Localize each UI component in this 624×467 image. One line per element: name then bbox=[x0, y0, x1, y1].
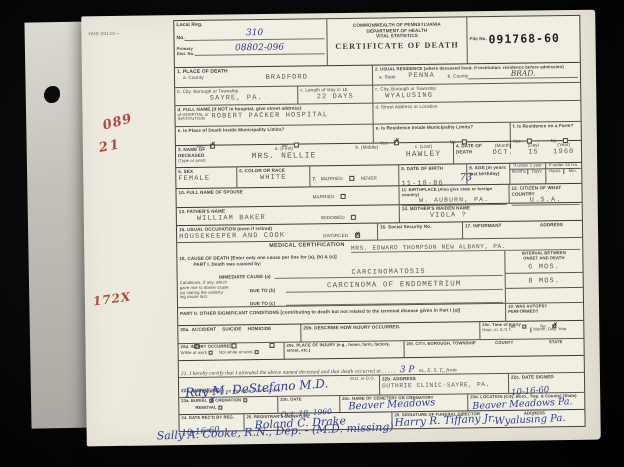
injury-county-label: COUNTY bbox=[478, 341, 530, 356]
sex-cell: 5. SEX FEMALE bbox=[176, 167, 236, 188]
last-name-value: HAWLEY bbox=[396, 149, 451, 159]
death-year-value: 1960 bbox=[549, 147, 579, 155]
removal-label: REMOVAL bbox=[195, 405, 216, 410]
homicide-label: HOMICIDE bbox=[248, 326, 272, 332]
county-label: a. County bbox=[183, 75, 204, 83]
age-label: 9. AGE (in yearslast birthday) bbox=[467, 164, 509, 185]
name-of-deceased-cell: 3. NAME OF DECEASED(Type or print) a. (F… bbox=[176, 143, 453, 168]
file-no-box: File No. 091768-60 bbox=[466, 16, 580, 63]
hour-est-label: Hour, m. E.S.T. bbox=[482, 327, 530, 332]
injury-occurred-cell: 20d. INJURY OCCURRED While at work Not w… bbox=[179, 343, 284, 360]
autopsy-cell: 19. WAS AUTOPSYPERFORMED? Yes No ✗ bbox=[505, 303, 583, 321]
last-name-cell: c. (Last) HAWLEY bbox=[396, 144, 451, 164]
age-under-24h-cell: If under 24 hrs. Hours Min. bbox=[545, 163, 581, 183]
autopsy-label: 19. WAS AUTOPSYPERFORMED? bbox=[508, 304, 581, 315]
header-title-box: COMMONWEALTH OF PENNSYLVANIA DEPARTMENT … bbox=[326, 17, 467, 65]
physician-address-cell: 22b. ADDRESS GUTHRIE CLINIC-SAYRE, PA. bbox=[379, 374, 508, 395]
date-received-label: 24. DATE REC'D BY REG. bbox=[181, 415, 241, 421]
primary-dist-label: Primary Dist. No. bbox=[177, 46, 195, 56]
time-of-injury-cell: 20c. Time of Injury Hour, m. E.S.T. Mont… bbox=[479, 321, 583, 339]
checkbox-burial: ✗ bbox=[209, 399, 213, 403]
checkbox-while-at-work bbox=[209, 351, 213, 355]
checkbox-not-while-at-work bbox=[255, 350, 259, 354]
death-year-cell: (Year) 1960 bbox=[549, 142, 580, 161]
citizen-label: 12. CITIZEN OF WHAT COUNTRY bbox=[511, 185, 579, 197]
part2-label: PART II. OTHER SIGNIFICANT CONDITIONS [c… bbox=[180, 307, 503, 317]
spouse-cell: 10. FULL NAME OF SPOUSE bbox=[176, 186, 398, 207]
mother-cell: 14. MOTHER'S MAIDEN NAME VIOLA ? bbox=[399, 203, 582, 222]
cremation-label: CREMATION bbox=[215, 398, 241, 403]
accident-suicide-cell: 20a. ACCIDENT SUICIDE HOMICIDE bbox=[178, 325, 300, 344]
describe-injury-cell: 20b. DESCRIBE HOW INJURY OCCURRED. bbox=[300, 322, 479, 341]
burial-label: BURIAL bbox=[191, 399, 207, 404]
hospital-sub-label: of HOSPITAL or INSTITUTION bbox=[177, 112, 211, 122]
file-no-label: File No. bbox=[470, 36, 487, 42]
state-label: a. State bbox=[379, 74, 396, 80]
burial-date-cell: 23b. DATE Oct. 18, 1960 bbox=[277, 396, 339, 413]
file-no-stamp: 091768-60 bbox=[489, 31, 561, 47]
accident-label: ACCIDENT bbox=[192, 327, 217, 333]
injury-city-cell: 20f. CITY, BOROUGH, TOWNSHIP COUNTY STAT… bbox=[403, 339, 583, 357]
section-usual-residence: 2. USUAL RESIDENCE (where deceased lived… bbox=[372, 63, 581, 143]
days-label: Days bbox=[527, 169, 545, 174]
city-borough-value: SAYRE, PA. bbox=[177, 93, 295, 103]
state-value: PENNA bbox=[396, 71, 448, 80]
death-day-value: 15 bbox=[518, 148, 548, 156]
age-under-1yr-cell: If under 1 year Months Days bbox=[509, 163, 545, 183]
middle-name-label: b. (Middle) bbox=[338, 144, 396, 150]
burial-date-label: 23b. DATE bbox=[280, 397, 337, 403]
name-of-deceased-label: 3. NAME OF DECEASED(Type or print) bbox=[178, 146, 230, 166]
cemetery-value: Beaver Meadows bbox=[348, 398, 435, 412]
months-label: Months bbox=[510, 169, 527, 174]
marital-status-cell: 7. MARRIED NEVER MARRIED WIDOWED DIVORCE… bbox=[309, 165, 398, 186]
father-value: WILLIAM BAKER bbox=[197, 212, 397, 223]
death-certificate-paper: HVS-20143— 089 21 172X Local Reg. No. 31… bbox=[81, 10, 601, 447]
date-signed-label: 22c. DATE SIGNED bbox=[511, 374, 582, 380]
first-name-cell: a. (First) MRS. NELLIE bbox=[230, 145, 338, 165]
scan-background: HVS-20143— 089 21 172X Local Reg. No. 31… bbox=[0, 0, 624, 467]
local-reg-no-label: No. bbox=[176, 35, 184, 41]
dist-no-label: Dist. No. bbox=[177, 51, 195, 56]
mother-value: VIOLA ? bbox=[430, 209, 580, 219]
not-while-at-work-label: Not while at work bbox=[219, 350, 253, 355]
cause-of-death-block: 18. CAUSE OF DEATH [Enter only one cause… bbox=[177, 250, 583, 307]
sex-value: FEMALE bbox=[178, 174, 234, 183]
medical-certification-title: MEDICAL CERTIFICATION bbox=[269, 242, 345, 249]
describe-injury-label: 20b. DESCRIBE HOW INJURY OCCURRED. bbox=[303, 323, 477, 331]
place-residence-row: 1. PLACE OF DEATH a. County BRADFORD b. … bbox=[175, 62, 581, 145]
funeral-director-address-value: Wyalusing Pa. bbox=[494, 414, 565, 427]
citizen-cell: 12. CITIZEN OF WHAT COUNTRY U.S.A. bbox=[508, 184, 581, 203]
md-do-label: M.D. or D.O. bbox=[350, 377, 375, 382]
date-of-birth-label: 8. DATE OF BIRTH bbox=[401, 165, 464, 171]
date-of-birth-cell: 8. DATE OF BIRTH 11-18-86 73 bbox=[398, 164, 466, 185]
margin-note-red-1: 089 bbox=[101, 112, 133, 132]
length-of-stay-value: 22 DAYS bbox=[300, 92, 370, 101]
checkbox-removal bbox=[219, 405, 223, 409]
injury-20a-num: 20a. bbox=[180, 327, 189, 333]
due-to-b-label: DUE TO (b) bbox=[250, 287, 286, 293]
farm-label: f. Is Residence on a Farm? bbox=[513, 123, 579, 129]
local-reg-box: Local Reg. No. 310 Primary Dist. No. 088… bbox=[174, 19, 327, 67]
res-municipality-label: e. Is Residence Inside Municipality Limi… bbox=[376, 124, 508, 131]
cause-main-col: 18. CAUSE OF DEATH [Enter only one cause… bbox=[177, 251, 505, 307]
vital-statistics-line: VITAL STATISTICS bbox=[329, 32, 464, 39]
interval-col: INTERVAL BETWEENONSET AND DEATH 6 MOS. 8… bbox=[504, 250, 583, 303]
burial-cell: 23a. BURIAL ✗ CREMATION REMOVAL bbox=[179, 397, 277, 414]
county-value: BRADFORD bbox=[204, 73, 371, 83]
primary-dist-value: 08802-096 bbox=[194, 43, 324, 56]
cemetery-location-cell: 23d. LOCATION (City, Boro., Twp. & Count… bbox=[467, 393, 584, 411]
while-at-work-label: While at work bbox=[181, 351, 207, 356]
res-county-label: b. County bbox=[448, 73, 469, 79]
conditions-note: Conditions, if any, whichgave rise to ab… bbox=[180, 280, 250, 307]
certificate-form: Local Reg. No. 310 Primary Dist. No. 088… bbox=[173, 15, 585, 432]
due-to-c-label: DUE TO (c) bbox=[250, 300, 286, 306]
min-label: Min. bbox=[563, 169, 581, 174]
certificate-title: CERTIFICATE OF DEATH bbox=[330, 40, 465, 51]
suicide-label: SUICIDE bbox=[222, 326, 241, 332]
interval-b-value: 8 MOS. bbox=[506, 273, 583, 289]
street-address-label: d. Street Address or Location bbox=[375, 102, 578, 110]
hospital-name-value: ROBERT PACKER HOSPITAL bbox=[211, 110, 370, 122]
first-name-value: MRS. NELLIE bbox=[230, 151, 338, 162]
hours-label: Hours bbox=[546, 169, 563, 174]
father-cell: 13. FATHER'S NAME WILLIAM BAKER bbox=[177, 205, 399, 225]
punch-hole bbox=[44, 86, 60, 103]
injury-city-label: 20f. CITY, BOROUGH, TOWNSHIP bbox=[406, 341, 478, 356]
res-county-value: BRAD. bbox=[468, 69, 578, 79]
ssn-label: 16. Social Security No. bbox=[380, 223, 460, 230]
age-handwritten-value: 73 bbox=[460, 173, 473, 183]
cemetery-cell: 23c. NAME OF CEMETERY OR CREMATORY Beave… bbox=[339, 394, 467, 412]
checkbox-married bbox=[349, 176, 354, 181]
date-of-death-label: 4. DATE OF DEATH bbox=[456, 143, 488, 162]
spouse-label: 10. FULL NAME OF SPOUSE bbox=[178, 187, 396, 195]
physician-address-value: GUTHRIE CLINIC-SAYRE, PA. bbox=[382, 380, 506, 389]
race-cell: 6. COLOR OR RACE WHITE bbox=[236, 166, 309, 187]
interval-a-value: 6 MOS. bbox=[505, 260, 582, 273]
physician-signature-cell: 22a. SIGNATURE M.D. or D.O. Ray M. DeSte… bbox=[179, 376, 379, 398]
death-month-value: OCT. bbox=[488, 148, 518, 156]
section-place-of-death: 1. PLACE OF DEATH a. County BRADFORD b. … bbox=[175, 66, 373, 146]
death-day-cell: (Day) 15 bbox=[518, 142, 549, 161]
middle-name-cell: b. (Middle) bbox=[338, 144, 396, 164]
month-day-year-label: Month, Day, Year bbox=[530, 327, 566, 332]
header-row: Local Reg. No. 310 Primary Dist. No. 088… bbox=[174, 16, 580, 67]
marital-num: 7. bbox=[312, 176, 316, 181]
form-code: HVS-20143— bbox=[88, 31, 119, 36]
margin-note-red-3: 172X bbox=[92, 290, 132, 307]
certify-time-handwritten: 3 P bbox=[400, 365, 415, 375]
married-label: MARRIED bbox=[321, 176, 343, 181]
certify-text-2: m., E. S. T., from bbox=[419, 367, 457, 373]
funeral-director-cell: 26. SIGNATURE OF FUNERAL DIRECTOR ADDRES… bbox=[391, 410, 584, 429]
margin-note-red-2: 21 bbox=[98, 138, 122, 155]
informant-cell: 17. INFORMANT ADDRESS bbox=[462, 221, 582, 239]
local-reg-value: 310 bbox=[185, 28, 325, 41]
date-signed-cell: 22c. DATE SIGNED 10-16-60 bbox=[508, 373, 584, 393]
local-reg-label: Local Reg. bbox=[176, 22, 202, 28]
age-cell: 9. AGE (in yearslast birthday) If under … bbox=[466, 163, 581, 185]
checkbox-cremation bbox=[243, 398, 247, 402]
injury-state-label: STATE bbox=[530, 340, 582, 355]
birthplace-cell: 11. BIRTHPLACE (Also give state or forei… bbox=[398, 185, 508, 204]
informant-label: 17. INFORMANT bbox=[465, 223, 523, 238]
date-of-death-cell: 4. DATE OF DEATH (Month) OCT. (Day) 15 (… bbox=[453, 141, 581, 164]
ssn-cell: 16. Social Security No. bbox=[377, 222, 462, 239]
death-month-cell: (Month) OCT. bbox=[488, 143, 519, 162]
informant-address-label: ADDRESS bbox=[523, 222, 580, 237]
informant-address-value: NEW ALBANY, PA. bbox=[441, 243, 506, 251]
funeral-director-signature: Harry R. Tiffany Jr. bbox=[394, 413, 495, 428]
race-value: WHITE bbox=[239, 173, 307, 182]
place-of-injury-label: 20e. PLACE OF INJURY (e.g., home, farm, … bbox=[287, 342, 402, 353]
place-of-injury-cell: 20e. PLACE OF INJURY (e.g., home, farm, … bbox=[283, 341, 403, 359]
occupation-cell: 15. USUAL OCCUPATION (even if retired) H… bbox=[177, 224, 377, 243]
